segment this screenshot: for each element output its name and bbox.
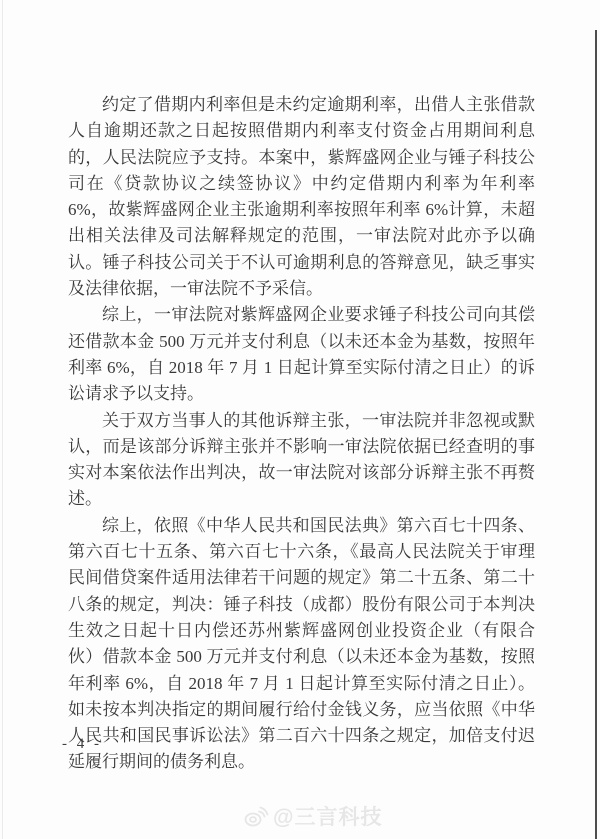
page-left-edge-line xyxy=(2,0,3,839)
judgment-paragraph: 综上，一审法院对紫辉盛网企业要求锤子科技公司向其偿还借款本金 500 万元并支付… xyxy=(68,302,535,407)
watermark: @三言科技 xyxy=(243,801,382,831)
weibo-icon xyxy=(243,804,269,828)
page-number: - 4 - xyxy=(62,736,102,753)
page-right-edge-line xyxy=(595,30,597,839)
judgment-paragraph: 关于双方当事人的其他诉辩主张，一审法院并非忽视或默认，而是该部分诉辩主张并不影响… xyxy=(68,408,535,513)
judgment-paragraph: 综上，依照《中华人民共和国民法典》第六百七十四条、第六百七十五条、第六百七十六条… xyxy=(68,513,535,776)
judgment-text-body: 约定了借期内利率但是未约定逾期利率，出借人主张借款人自逾期还款之日起按照借期内利… xyxy=(68,92,535,776)
watermark-text: @三言科技 xyxy=(273,801,382,831)
judgment-paragraph: 约定了借期内利率但是未约定逾期利率，出借人主张借款人自逾期还款之日起按照借期内利… xyxy=(68,92,535,302)
document-page: 约定了借期内利率但是未约定逾期利率，出借人主张借款人自逾期还款之日起按照借期内利… xyxy=(0,0,600,839)
